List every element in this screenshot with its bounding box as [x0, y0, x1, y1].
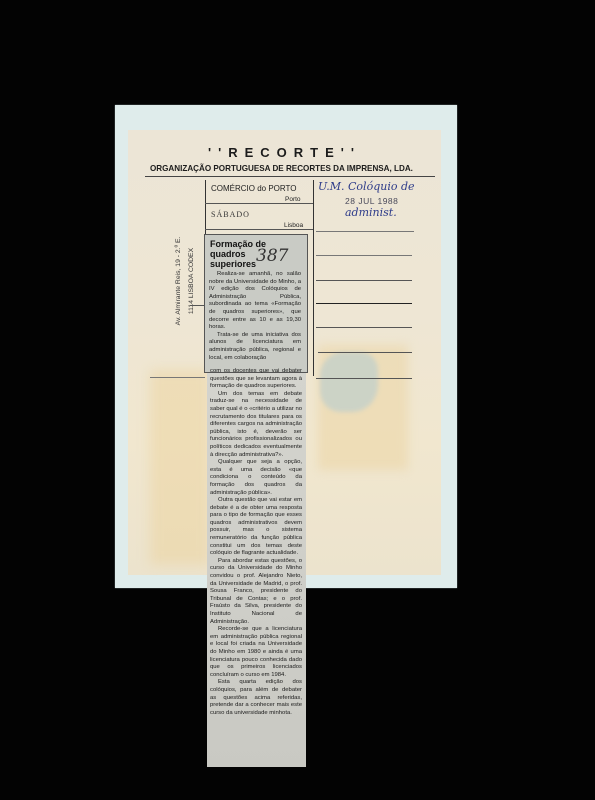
form-row-line — [205, 229, 313, 230]
paper-stain — [150, 370, 210, 565]
form-row-line — [205, 203, 313, 204]
article-body-part1: Realiza-se amanhã, no salão nobre da Uni… — [209, 271, 301, 362]
article-paragraph: Trata-se de uma iniciativa dos alunos de… — [209, 332, 301, 362]
handwritten-clipping-number: 387 — [256, 246, 288, 266]
form-row-line — [316, 327, 412, 328]
article-paragraph: Outra questão que vai estar em debate é … — [210, 497, 302, 558]
article-paragraph: Recorde-se que a licenciatura em adminis… — [210, 626, 302, 679]
article-paragraph: Para abordar estas questões, o curso da … — [210, 558, 302, 626]
article-paragraph: com os docentes que vai debater questões… — [210, 368, 302, 391]
form-column-line — [313, 180, 314, 376]
glue-mark — [320, 352, 378, 412]
address-block: Av. Almirante Reis, 19 - 2.º E. 1114 LIS… — [172, 216, 198, 346]
form-row-line — [316, 280, 412, 281]
form-row-line — [316, 255, 412, 256]
publication-office-city: Lisboa — [284, 222, 303, 229]
article-paragraph: Qualquer que seja a opção, esta é uma de… — [210, 459, 302, 497]
form-row-line — [316, 303, 412, 304]
form-row-line — [190, 305, 204, 306]
date-stamp: 28 JUL 1988 — [345, 196, 398, 206]
form-row-line — [316, 231, 414, 232]
address-line-2: 1114 LISBOA CODEX — [185, 216, 198, 346]
handwritten-note: administ. — [345, 206, 397, 219]
form-title: ''RECORTE'' — [128, 145, 441, 160]
article-body-part2: com os docentes que vai debater questões… — [210, 368, 302, 717]
publication-day: SÁBADO — [211, 210, 250, 219]
form-row-line — [316, 378, 412, 379]
organization-name: ORGANIZAÇÃO PORTUGUESA DE RECORTES DA IM… — [150, 164, 435, 173]
article-paragraph: Realiza-se amanhã, no salão nobre da Uni… — [209, 271, 301, 332]
handwritten-note: U.M. Colóquio de — [318, 180, 415, 193]
publication-city: Porto — [285, 196, 301, 203]
form-column-line — [205, 180, 206, 236]
article-paragraph: Esta quarta edição dos colóquios, para a… — [210, 679, 302, 717]
article-paragraph: Um dos temas em debate traduz-se na nece… — [210, 391, 302, 459]
divider — [145, 176, 435, 177]
form-row-line — [150, 377, 205, 378]
publication-name: COMÉRCIO do PORTO — [211, 184, 297, 193]
form-row-line — [318, 352, 412, 353]
address-line-1: Av. Almirante Reis, 19 - 2.º E. — [172, 216, 185, 346]
